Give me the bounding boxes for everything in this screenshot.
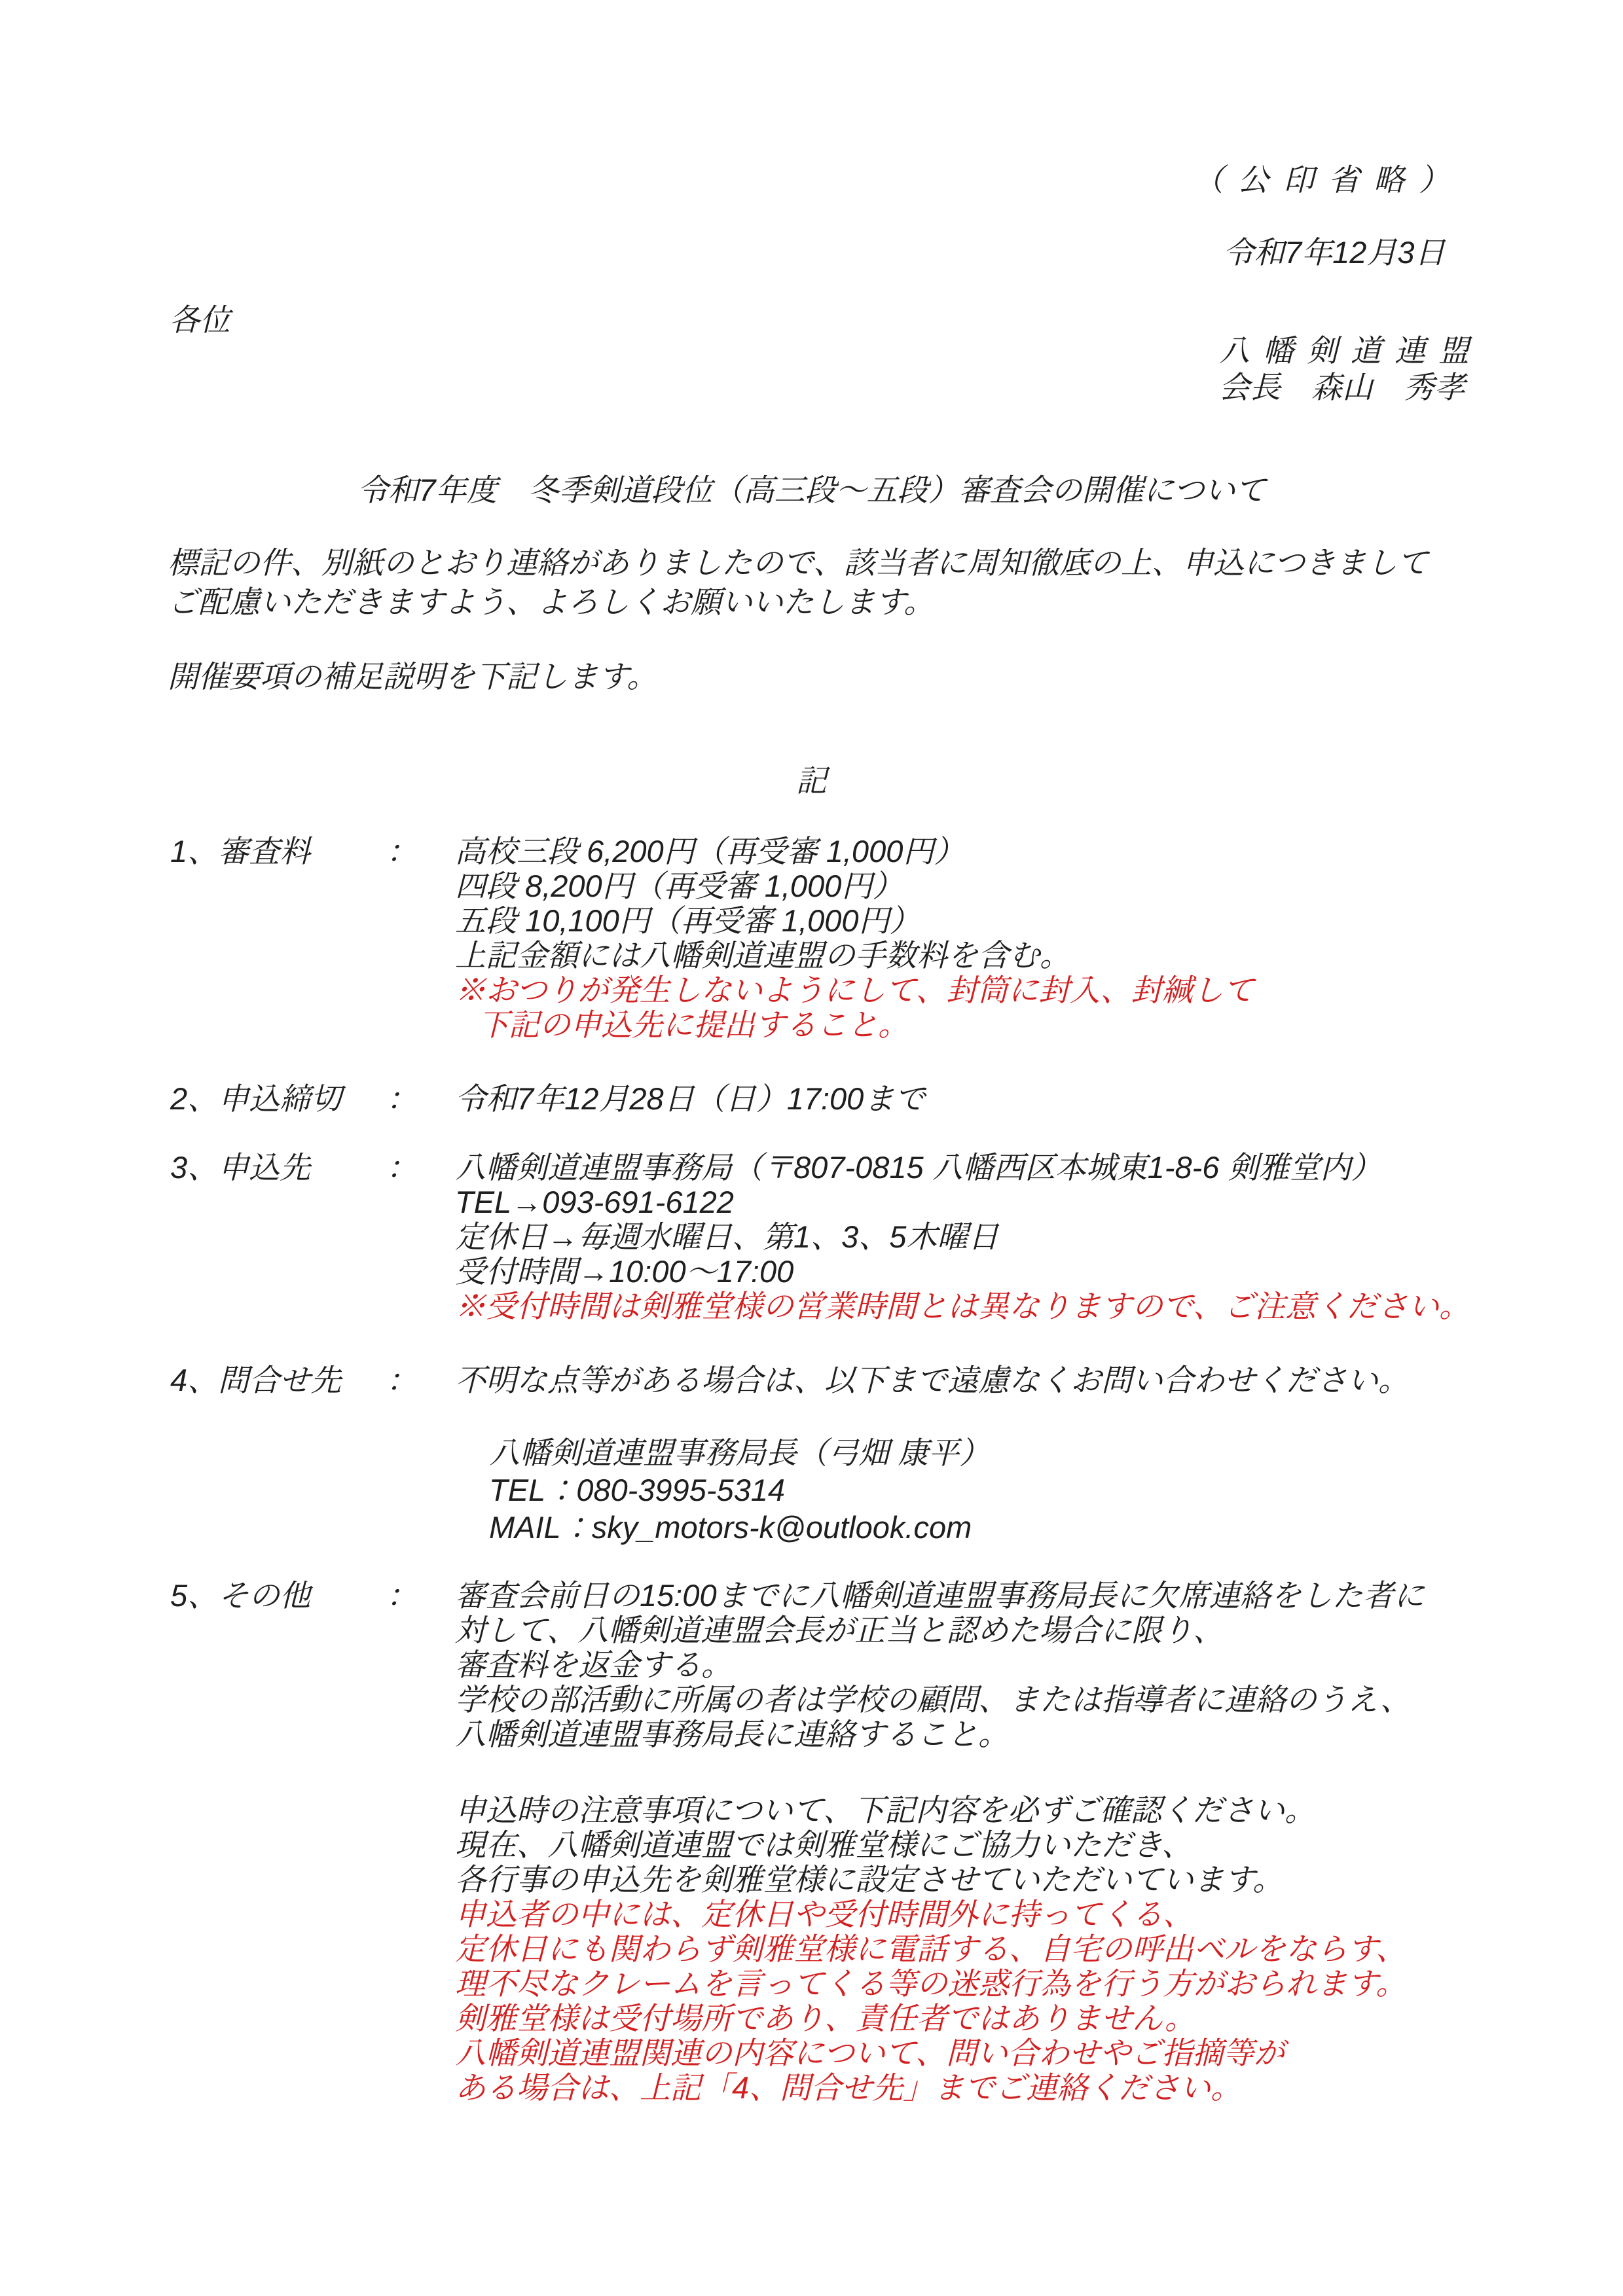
document-title: 令和7年度 冬季剣道段位（高三段～五段）審査会の開催について: [0, 466, 1623, 510]
sender-person: 会長 森山 秀孝: [1219, 369, 1482, 406]
intro-paragraph: 標記の件、別紙のとおり連絡がありましたので、該当者に周知徹底の上、申込につきまし…: [168, 543, 1428, 622]
intro-line: 標記の件、別紙のとおり連絡がありましたので、該当者に周知徹底の上、申込につきまし…: [168, 543, 1428, 583]
section-application-address: 3、申込先 ： 八幡剣道連盟事務局（〒807-0815 八幡西区本城東1-8-6…: [170, 1150, 1603, 1323]
recipient: 各位: [169, 296, 230, 340]
section-value: 審査会前日の15:00までに八幡剣道連盟事務局長に欠席連絡をした者に 対して、八…: [455, 1578, 1603, 2105]
fee-warning-line: 下記の申込先に提出すること。: [455, 1007, 1603, 1042]
supplement-line: 開催要項の補足説明を下記します。: [168, 653, 657, 696]
section-label: 5、その他: [170, 1578, 386, 1613]
section-colon: ：: [386, 834, 455, 869]
refund-line: 対して、八幡剣道連盟会長が正当と認めた場合に限り、: [455, 1613, 1603, 1647]
fee-line: 高校三段 6,200円（再受審 1,000円）: [455, 834, 1603, 869]
section-value: 不明な点等がある場合は、以下まで遠慮なくお問い合わせください。 八幡剣道連盟事務…: [455, 1363, 1603, 1546]
caution-warning-line: 八幡剣道連盟関連の内容について、問い合わせやご指摘等が: [455, 2036, 1603, 2070]
document-date: 令和7年12月3日: [1223, 228, 1446, 272]
section-value: 八幡剣道連盟事務局（〒807-0815 八幡西区本城東1-8-6 剣雅堂内） T…: [455, 1150, 1603, 1323]
application-caution-paragraph: 申込時の注意事項について、下記内容を必ずご確認ください。 現在、八幡剣道連盟では…: [455, 1793, 1603, 2105]
refund-line: 審査料を返金する。: [455, 1647, 1603, 1682]
section-colon: ：: [386, 1081, 455, 1116]
caution-line: 申込時の注意事項について、下記内容を必ずご確認ください。: [455, 1793, 1603, 1827]
inquiry-contact-block: 八幡剣道連盟事務局長（弓畑 康平） TEL：080-3995-5314 MAIL…: [455, 1434, 1603, 1546]
sender-block: 八幡剣道連盟 会長 森山 秀孝: [1219, 332, 1482, 406]
section-colon: ：: [386, 1578, 455, 1613]
letter-page: （公印省略） 令和7年12月3日 各位 八幡剣道連盟 会長 森山 秀孝 令和7年…: [0, 0, 1623, 2296]
caution-line: 現在、八幡剣道連盟では剣雅堂様にご協力いただき、: [455, 1827, 1603, 1862]
fee-note-line: 上記金額には八幡剣道連盟の手数料を含む。: [455, 938, 1603, 973]
section-colon: ：: [386, 1150, 455, 1185]
contact-tel: TEL：080-3995-5314: [489, 1471, 1603, 1509]
caution-warning-line: 理不尽なクレームを言ってくる等の迷惑行為を行う方がおられます。: [455, 1966, 1603, 2001]
section-other: 5、その他 ： 審査会前日の15:00までに八幡剣道連盟事務局長に欠席連絡をした…: [170, 1578, 1603, 2105]
section-inquiry: 4、問合せ先 ： 不明な点等がある場合は、以下まで遠慮なくお問い合わせください。…: [170, 1363, 1603, 1546]
caution-warning-line: 剣雅堂様は受付場所であり、責任者ではありません。: [455, 2001, 1603, 2036]
official-seal-omitted-note: （公印省略）: [1193, 156, 1464, 200]
section-value: 令和7年12月28日（日）17:00まで: [455, 1081, 1603, 1116]
contact-name: 八幡剣道連盟事務局長（弓畑 康平）: [489, 1434, 1603, 1471]
fee-line: 四段 8,200円（再受審 1,000円）: [455, 869, 1603, 903]
section-examination-fee: 1、審査料 ： 高校三段 6,200円（再受審 1,000円） 四段 8,200…: [170, 834, 1603, 1042]
record-marker: 記: [0, 757, 1623, 800]
caution-warning-line: 申込者の中には、定休日や受付時間外に持ってくる、: [455, 1897, 1603, 1931]
section-label: 4、問合せ先: [170, 1363, 386, 1397]
school-club-line: 学校の部活動に所属の者は学校の顧問、または指導者に連絡のうえ、: [455, 1682, 1603, 1717]
section-label: 3、申込先: [170, 1150, 386, 1185]
sender-organization: 八幡剣道連盟: [1219, 332, 1482, 369]
office-tel-line: TEL→093-691-6122: [455, 1185, 1603, 1219]
section-colon: ：: [386, 1363, 455, 1397]
refund-policy-paragraph: 審査会前日の15:00までに八幡剣道連盟事務局長に欠席連絡をした者に 対して、八…: [455, 1578, 1603, 1751]
office-closed-days-line: 定休日→毎週水曜日、第1、3、5木曜日: [455, 1219, 1603, 1254]
caution-line: 各行事の申込先を剣雅堂様に設定させていただいています。: [455, 1862, 1603, 1897]
inquiry-intro-line: 不明な点等がある場合は、以下まで遠慮なくお問い合わせください。: [455, 1363, 1603, 1397]
contact-mail: MAIL：sky_motors-k@outlook.com: [489, 1509, 1603, 1546]
intro-line: ご配慮いただきますよう、よろしくお願いいたします。: [168, 583, 1428, 622]
fee-warning-line: ※おつりが発生しないようにして、封筒に封入、封緘して: [455, 973, 1603, 1007]
office-hours-line: 受付時間→10:00～17:00: [455, 1254, 1603, 1289]
caution-warning-line: 定休日にも関わらず剣雅堂様に電話する、自宅の呼出ベルをならす、: [455, 1931, 1603, 1966]
section-label: 1、審査料: [170, 834, 386, 869]
fee-line: 五段 10,100円（再受審 1,000円）: [455, 903, 1603, 938]
caution-warning-line: ある場合は、上記「4、問合せ先」までご連絡ください。: [455, 2070, 1603, 2105]
deadline-line: 令和7年12月28日（日）17:00まで: [455, 1081, 1603, 1116]
office-hours-warning-line: ※受付時間は剣雅堂様の営業時間とは異なりますので、ご注意ください。: [455, 1289, 1603, 1323]
office-address-line: 八幡剣道連盟事務局（〒807-0815 八幡西区本城東1-8-6 剣雅堂内）: [455, 1150, 1603, 1185]
section-label: 2、申込締切: [170, 1081, 386, 1116]
school-club-line: 八幡剣道連盟事務局長に連絡すること。: [455, 1717, 1603, 1751]
refund-line: 審査会前日の15:00までに八幡剣道連盟事務局長に欠席連絡をした者に: [455, 1578, 1603, 1613]
section-value: 高校三段 6,200円（再受審 1,000円） 四段 8,200円（再受審 1,…: [455, 834, 1603, 1042]
section-application-deadline: 2、申込締切 ： 令和7年12月28日（日）17:00まで: [170, 1081, 1603, 1116]
